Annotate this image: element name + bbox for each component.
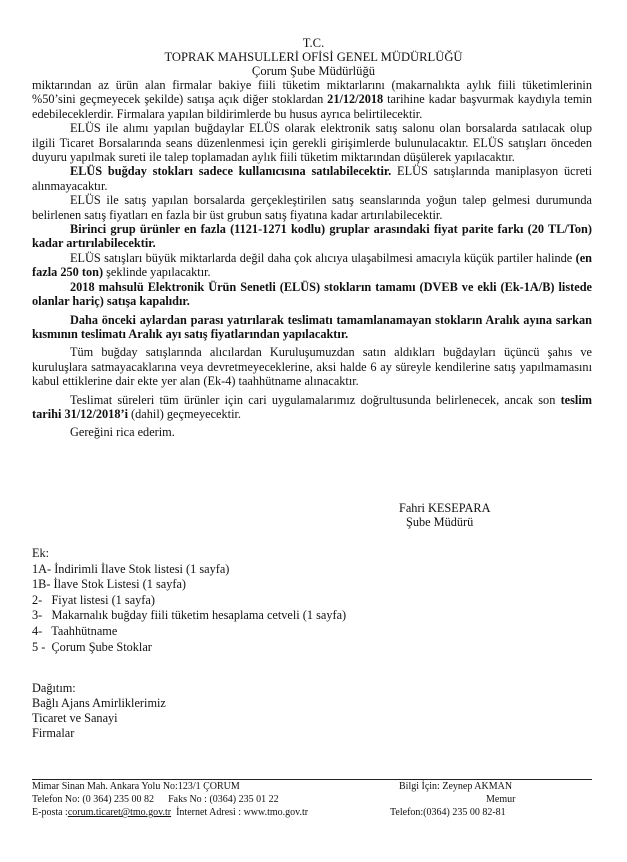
p5-bold: Birinci grup ürünler en fazla (1121-1271… <box>32 222 592 250</box>
distribution-item: Firmalar <box>32 726 166 741</box>
distribution-item: Ticaret ve Sanayi <box>32 711 166 726</box>
paragraph-5: Birinci grup ürünler en fazla (1121-1271… <box>32 222 592 251</box>
footer-web: İnternet Adresi : www.tmo.gov.tr <box>176 807 308 818</box>
header-organization: TOPRAK MAHSULLERİ OFİSİ GENEL MÜDÜRLÜĞÜ <box>0 50 627 64</box>
p3-bold: ELÜS buğday stokları sadece kullanıcısın… <box>70 164 391 178</box>
footer-email-link[interactable]: corum.ticaret@tmo.gov.tr <box>68 807 171 818</box>
attachments-list: Ek: 1A- İndirimli İlave Stok listesi (1 … <box>32 546 346 655</box>
paragraph-2: ELÜS ile alımı yapılan buğdaylar ELÜS ol… <box>32 121 592 164</box>
p6-text-a: ELÜS satışları büyük miktarlarda değil d… <box>70 251 576 265</box>
distribution-heading: Dağıtım: <box>32 681 166 696</box>
p6-text-c: şeklinde yapılacaktır. <box>103 265 211 279</box>
letter-body: miktarından az ürün alan firmalar bakiye… <box>32 78 592 440</box>
paragraph-8: Daha önceki aylardan parası yatırılarak … <box>32 313 592 342</box>
p10-text-a: Teslimat süreleri tüm ürünler için cari … <box>70 393 561 407</box>
signatory-title: Şube Müdürü <box>406 515 473 529</box>
footer-divider <box>32 779 592 780</box>
header-tc: T.C. <box>0 36 627 50</box>
footer-fax: Faks No : (0364) 235 01 22 <box>168 794 279 805</box>
footer-info-phone: Telefon:(0364) 235 00 82-81 <box>390 807 506 819</box>
attachment-item: 5 - Çorum Şube Stoklar <box>32 640 346 656</box>
attachment-item: 4- Taahhütname <box>32 624 346 640</box>
footer-phone-fax: Telefon No: (0 364) 235 00 82Faks No : (… <box>32 794 279 806</box>
footer-info-contact: Bilgi İçin: Zeynep AKMAN <box>399 781 512 793</box>
attachment-item: 1B- İlave Stok Listesi (1 sayfa) <box>32 577 346 593</box>
attachment-item: 3- Makarnalık buğday fiili tüketim hesap… <box>32 608 346 624</box>
closing-line: Gereğini rica ederim. <box>32 425 592 439</box>
paragraph-4: ELÜS ile satış yapılan borsalarda gerçek… <box>32 193 592 222</box>
footer-email-label: E-posta : <box>32 807 68 818</box>
p10-text-c: (dahil) geçmeyecektir. <box>128 407 241 421</box>
header-branch: Çorum Şube Müdürlüğü <box>0 64 627 78</box>
p7-bold: 2018 mahsulü Elektronik Ürün Senetli (EL… <box>32 280 592 308</box>
p1-deadline: 21/12/2018 <box>327 92 383 106</box>
footer-phone: Telefon No: (0 364) 235 00 82 <box>32 794 154 805</box>
footer-address: Mimar Sinan Mah. Ankara Yolu No:123/1 ÇO… <box>32 781 240 793</box>
footer-info-title: Memur <box>486 794 515 806</box>
paragraph-3: ELÜS buğday stokları sadece kullanıcısın… <box>32 164 592 193</box>
paragraph-1: miktarından az ürün alan firmalar bakiye… <box>32 78 592 121</box>
paragraph-6: ELÜS satışları büyük miktarlarda değil d… <box>32 251 592 280</box>
paragraph-10: Teslimat süreleri tüm ürünler için cari … <box>32 393 592 422</box>
signatory-name: Fahri KESEPARA <box>399 501 490 515</box>
attachment-item: 1A- İndirimli İlave Stok listesi (1 sayf… <box>32 562 346 578</box>
paragraph-9: Tüm buğday satışlarında alıcılardan Kuru… <box>32 345 592 388</box>
distribution-item: Bağlı Ajans Amirliklerimiz <box>32 696 166 711</box>
attachment-item: 2- Fiyat listesi (1 sayfa) <box>32 593 346 609</box>
distribution-list: Dağıtım: Bağlı Ajans Amirliklerimiz Tica… <box>32 681 166 741</box>
footer-contact-links: E-posta :corum.ticaret@tmo.gov.trİnterne… <box>32 807 308 819</box>
p8-bold: Daha önceki aylardan parası yatırılarak … <box>32 313 592 341</box>
paragraph-7: 2018 mahsulü Elektronik Ürün Senetli (EL… <box>32 280 592 309</box>
document-page: T.C. TOPRAK MAHSULLERİ OFİSİ GENEL MÜDÜR… <box>0 0 627 862</box>
attachments-heading: Ek: <box>32 546 346 562</box>
